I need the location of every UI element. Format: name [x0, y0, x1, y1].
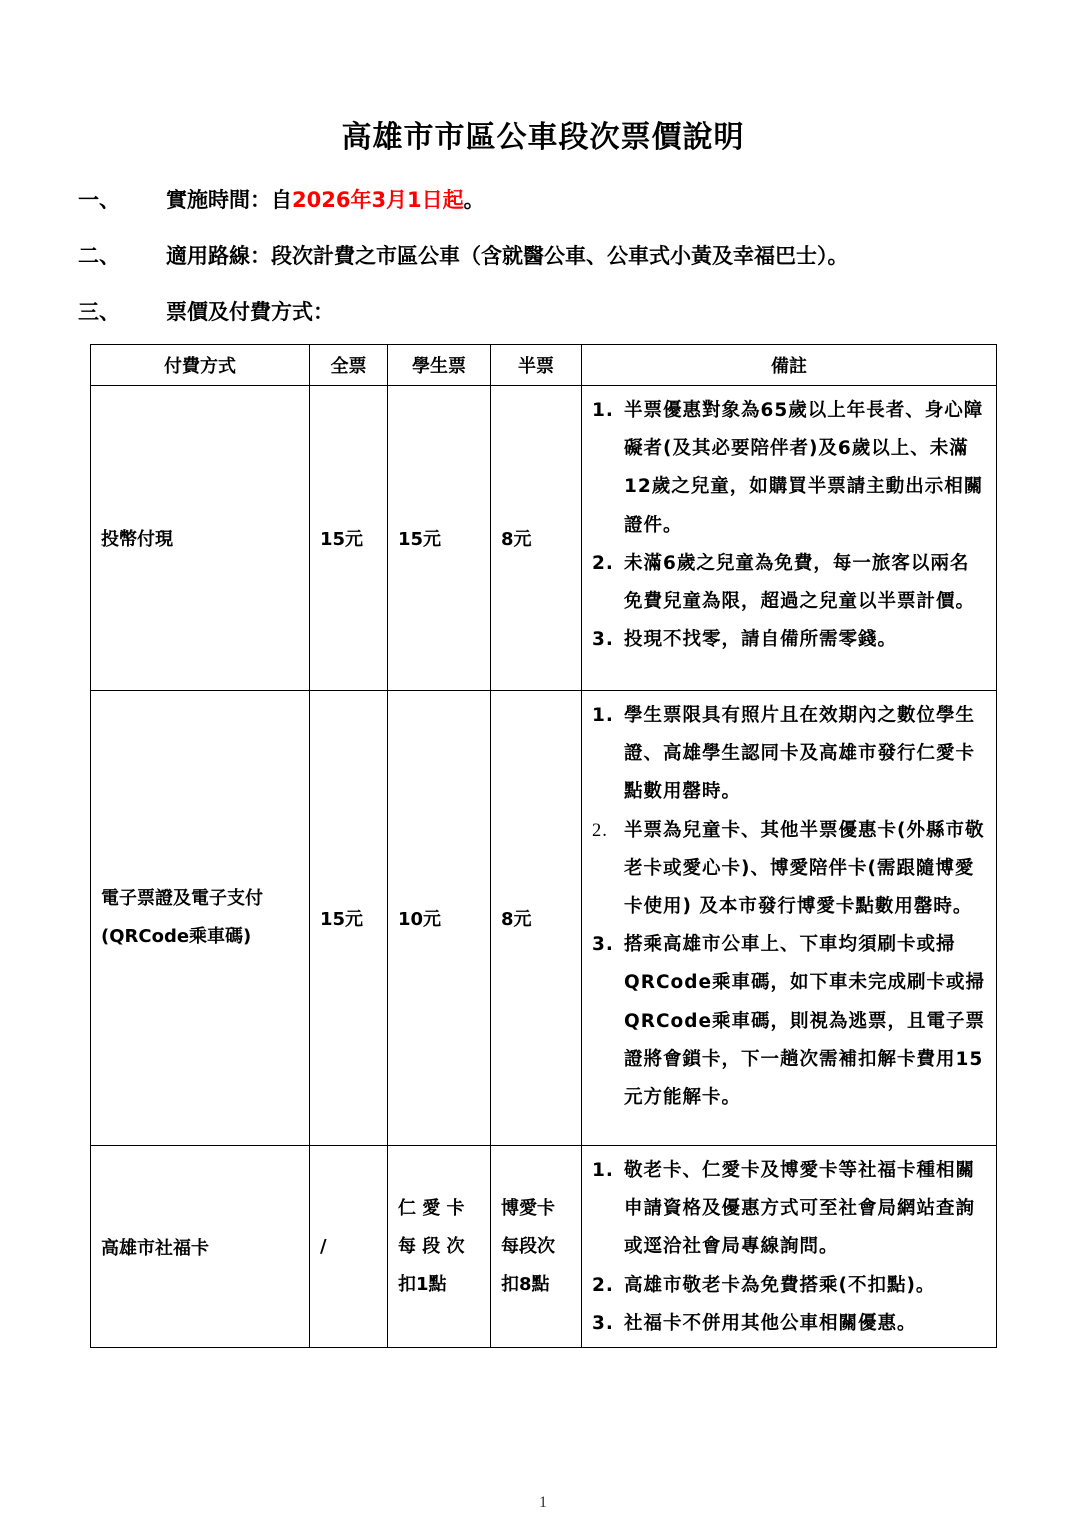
effective-date: 2026年3月1日起: [292, 184, 464, 214]
table-row: 高雄市社福卡 / 仁 愛 卡 每 段 次 扣1點 博愛卡 每段次 扣8點 1.敬…: [91, 1146, 997, 1348]
table-header-row: 付費方式 全票 學生票 半票 備註: [91, 345, 997, 386]
note-text: 社福卡不併用其他公車相關優惠。: [624, 1305, 988, 1343]
note-number: 2.: [592, 1267, 624, 1305]
half-fare: 博愛卡 每段次 扣8點: [491, 1146, 582, 1348]
note-item: 3.社福卡不併用其他公車相關優惠。: [592, 1305, 988, 1343]
full-fare: 15元: [310, 691, 388, 1146]
student-fare: 仁 愛 卡 每 段 次 扣1點: [388, 1146, 491, 1348]
half-fare-line: 每段次: [501, 1228, 571, 1266]
section-fares-payment: 三、 票價及付費方式：: [78, 296, 334, 326]
table-row: 電子票證及電子支付 (QRCode乘車碼) 15元 10元 8元 1.學生票限具…: [91, 691, 997, 1146]
fare-table: 付費方式 全票 學生票 半票 備註 投幣付現 15元 15元 8元 1.半票優惠…: [90, 344, 997, 1348]
note-text: 學生票限具有照片且在效期內之數位學生證、高雄學生認同卡及高雄市發行仁愛卡點數用罄…: [624, 697, 988, 812]
student-fare: 10元: [388, 691, 491, 1146]
student-fare-line: 仁 愛 卡: [398, 1190, 480, 1228]
full-fare: /: [310, 1146, 388, 1348]
student-fare-line: 每 段 次: [398, 1228, 480, 1266]
section-number: 二、: [78, 240, 166, 270]
table-row: 投幣付現 15元 15元 8元 1.半票優惠對象為65歲以上年長者、身心障礙者(…: [91, 386, 997, 691]
section-number: 一、: [78, 184, 166, 214]
section-suffix: 。: [464, 184, 485, 214]
payment-method-line: 電子票證及電子支付: [101, 880, 299, 918]
note-number: 3.: [592, 621, 624, 659]
note-text: 投現不找零，請自備所需零錢。: [624, 621, 988, 659]
note-number: 1.: [592, 697, 624, 812]
section-applicable-routes: 二、 適用路線：段次計費之市區公車（含就醫公車、公車式小黃及幸福巴士）。: [78, 240, 849, 270]
note-item: 2.高雄市敬老卡為免費搭乘(不扣點)。: [592, 1267, 988, 1305]
payment-method-line: (QRCode乘車碼): [101, 918, 299, 956]
note-item: 1.敬老卡、仁愛卡及博愛卡等社福卡種相關申請資格及優惠方式可至社會局網站查詢或逕…: [592, 1152, 988, 1267]
header-notes: 備註: [582, 345, 997, 386]
header-student-fare: 學生票: [388, 345, 491, 386]
note-text: 搭乘高雄市公車上、下車均須刷卡或掃QRCode乘車碼，如下車未完成刷卡或掃QRC…: [624, 926, 988, 1117]
section-label: 票價及付費方式：: [166, 296, 334, 326]
section-label: 適用路線：段次計費之市區公車（含就醫公車、公車式小黃及幸福巴士）。: [166, 240, 849, 270]
note-item: 3.搭乘高雄市公車上、下車均須刷卡或掃QRCode乘車碼，如下車未完成刷卡或掃Q…: [592, 926, 988, 1117]
header-half-fare: 半票: [491, 345, 582, 386]
payment-method: 投幣付現: [91, 386, 310, 691]
note-item: 1.學生票限具有照片且在效期內之數位學生證、高雄學生認同卡及高雄市發行仁愛卡點數…: [592, 697, 988, 812]
note-text: 敬老卡、仁愛卡及博愛卡等社福卡種相關申請資格及優惠方式可至社會局網站查詢或逕洽社…: [624, 1152, 988, 1267]
half-fare: 8元: [491, 386, 582, 691]
half-fare-line: 扣8點: [501, 1266, 571, 1304]
note-text: 高雄市敬老卡為免費搭乘(不扣點)。: [624, 1267, 988, 1305]
notes-cell: 1.敬老卡、仁愛卡及博愛卡等社福卡種相關申請資格及優惠方式可至社會局網站查詢或逕…: [582, 1146, 997, 1348]
student-fare: 15元: [388, 386, 491, 691]
header-payment-method: 付費方式: [91, 345, 310, 386]
note-number: 2.: [592, 545, 624, 621]
section-label: 實施時間：自: [166, 184, 292, 214]
note-number: 2.: [592, 812, 624, 927]
half-fare: 8元: [491, 691, 582, 1146]
section-number: 三、: [78, 296, 166, 326]
header-full-fare: 全票: [310, 345, 388, 386]
note-number: 1.: [592, 392, 624, 545]
section-implementation-date: 一、 實施時間：自 2026年3月1日起 。: [78, 184, 485, 214]
note-text: 半票優惠對象為65歲以上年長者、身心障礙者(及其必要陪伴者)及6歲以上、未滿12…: [624, 392, 988, 545]
payment-method: 高雄市社福卡: [91, 1146, 310, 1348]
document-title: 高雄市市區公車段次票價說明: [0, 112, 1086, 156]
notes-cell: 1.學生票限具有照片且在效期內之數位學生證、高雄學生認同卡及高雄市發行仁愛卡點數…: [582, 691, 997, 1146]
full-fare: 15元: [310, 386, 388, 691]
note-item: 2.半票為兒童卡、其他半票優惠卡(外縣市敬老卡或愛心卡)、博愛陪伴卡(需跟隨博愛…: [592, 812, 988, 927]
note-number: 1.: [592, 1152, 624, 1267]
note-number: 3.: [592, 926, 624, 1117]
note-number: 3.: [592, 1305, 624, 1343]
note-item: 2.未滿6歲之兒童為免費，每一旅客以兩名免費兒童為限，超過之兒童以半票計價。: [592, 545, 988, 621]
note-text: 未滿6歲之兒童為免費，每一旅客以兩名免費兒童為限，超過之兒童以半票計價。: [624, 545, 988, 621]
note-text: 半票為兒童卡、其他半票優惠卡(外縣市敬老卡或愛心卡)、博愛陪伴卡(需跟隨博愛卡使…: [624, 812, 988, 927]
page-number: 1: [0, 1494, 1086, 1512]
note-item: 3.投現不找零，請自備所需零錢。: [592, 621, 988, 659]
note-item: 1.半票優惠對象為65歲以上年長者、身心障礙者(及其必要陪伴者)及6歲以上、未滿…: [592, 392, 988, 545]
student-fare-line: 扣1點: [398, 1266, 480, 1304]
half-fare-line: 博愛卡: [501, 1190, 571, 1228]
payment-method: 電子票證及電子支付 (QRCode乘車碼): [91, 691, 310, 1146]
notes-cell: 1.半票優惠對象為65歲以上年長者、身心障礙者(及其必要陪伴者)及6歲以上、未滿…: [582, 386, 997, 691]
